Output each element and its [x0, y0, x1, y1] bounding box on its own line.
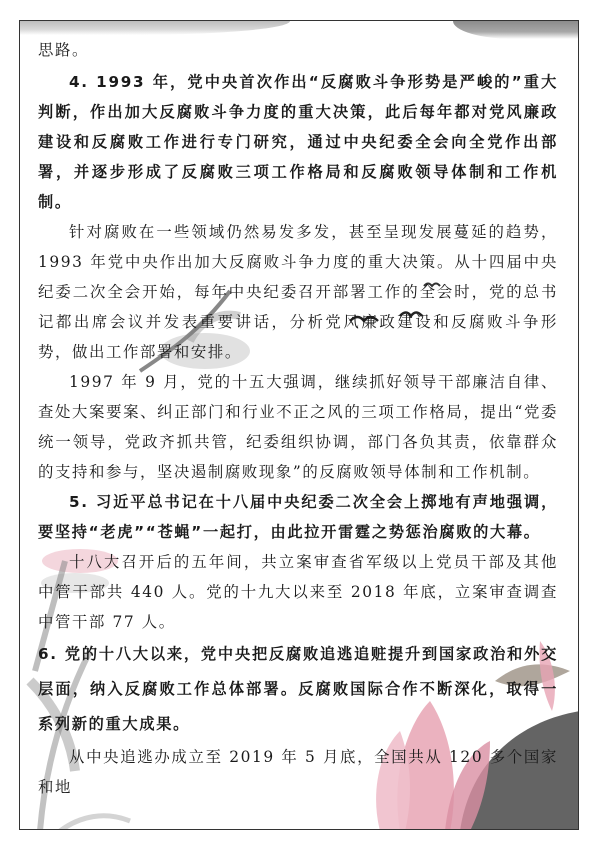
ink-wash-top-left	[20, 21, 290, 35]
paragraph-case-statistics: 十八大召开后的五年间，共立案审查省军级以上党员干部及其他中管干部共 440 人。…	[38, 547, 558, 637]
heading-point-6: 6. 党的十八大以来，党中央把反腐败追逃追赃提升到国家政治和外交层面，纳入反腐败…	[38, 637, 558, 742]
paragraph-1997-fifteenth-congress: 1997 年 9 月，党的十五大强调，继续抓好领导干部廉洁自律、查处大案要案、纠…	[38, 367, 558, 487]
document-body: 思路。 4. 1993 年，党中央首次作出“反腐败斗争形势是严峻的”重大判断，作…	[38, 35, 558, 802]
heading-point-5: 5. 习近平总书记在十八届中央纪委二次全会上掷地有声地强调，要坚持“老虎”“苍蝇…	[38, 487, 558, 547]
paragraph-fugitive-recovery: 从中央追逃办成立至 2019 年 5 月底，全国共从 120 多个国家和地	[38, 742, 558, 802]
paragraph-1993-decision: 针对腐败在一些领域仍然易发多发，甚至呈现发展蔓延的趋势，1993 年党中央作出加…	[38, 217, 558, 367]
paragraph-continuation: 思路。	[38, 35, 558, 65]
heading-point-4: 4. 1993 年，党中央首次作出“反腐败斗争形势是严峻的”重大判断，作出加大反…	[38, 67, 558, 217]
page-frame: 思路。 4. 1993 年，党中央首次作出“反腐败斗争形势是严峻的”重大判断，作…	[19, 20, 579, 830]
